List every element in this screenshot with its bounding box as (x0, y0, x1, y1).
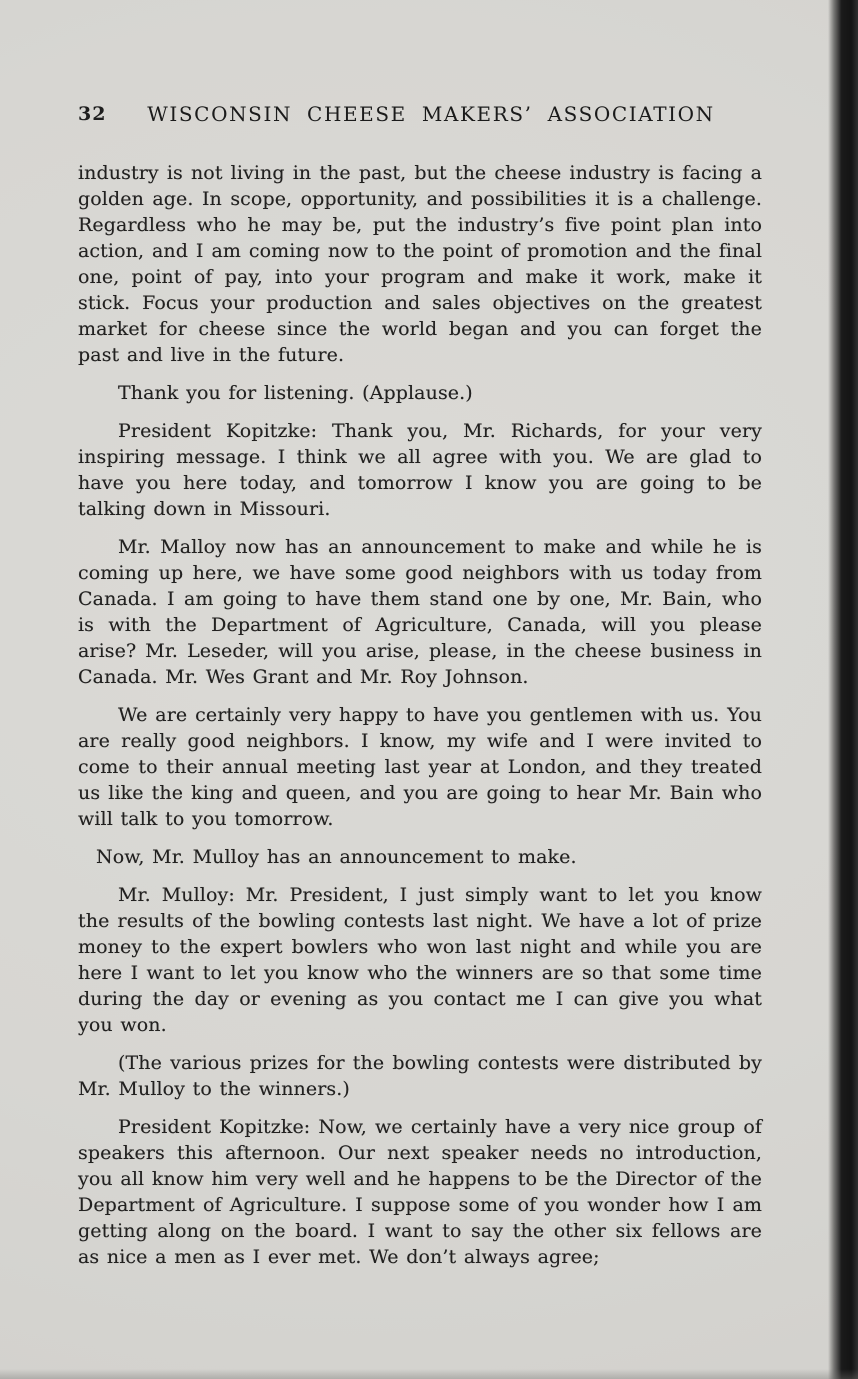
page-number: 32 (78, 103, 106, 125)
scanned-book-page: 32 WISCONSIN CHEESE MAKERS’ ASSOCIATION … (0, 0, 858, 1379)
paragraph: Mr. Mulloy: Mr. President, I just simply… (78, 882, 762, 1038)
paragraph: industry is not living in the past, but … (78, 160, 762, 368)
book-spine-shadow (828, 0, 858, 1379)
page-header: 32 WISCONSIN CHEESE MAKERS’ ASSOCIATION (78, 102, 762, 130)
paragraph: Mr. Malloy now has an announcement to ma… (78, 534, 762, 690)
paragraph: President Kopitzke: Now, we certainly ha… (78, 1114, 762, 1270)
paragraph: Thank you for listening. (Applause.) (78, 380, 762, 406)
paragraph: We are certainly very happy to have you … (78, 702, 762, 832)
paragraph: President Kopitzke: Thank you, Mr. Richa… (78, 418, 762, 522)
paragraph: Now, Mr. Mulloy has an announcement to m… (78, 844, 762, 870)
header-title: WISCONSIN CHEESE MAKERS’ ASSOCIATION (78, 102, 762, 126)
paragraph: (The various prizes for the bowling cont… (78, 1050, 762, 1102)
scan-bottom-edge (0, 1369, 858, 1379)
page-body: industry is not living in the past, but … (78, 160, 762, 1282)
